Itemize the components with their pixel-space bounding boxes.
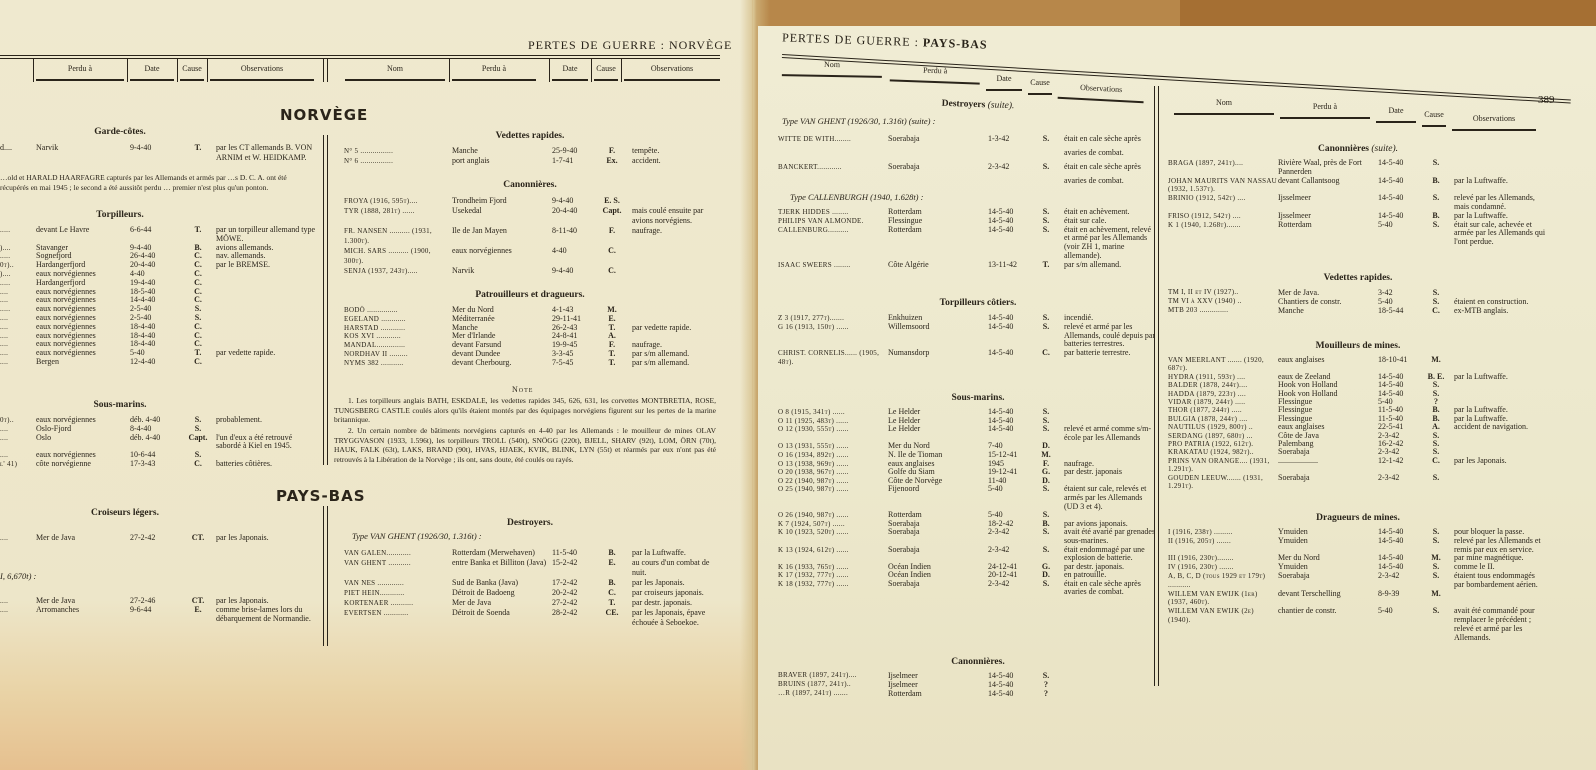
cell-name: FRISO (1912, 542t) ....	[1168, 212, 1278, 221]
col-header-date: Date	[1376, 106, 1416, 123]
cell-obs: accident de navigation.	[1448, 423, 1546, 431]
cell-obs: probablement.	[210, 416, 316, 425]
cell-obs: par batterie terrestre.	[1058, 349, 1156, 367]
table-row: BRAGA (1897, 241t)....Rivière Waal, près…	[1168, 159, 1546, 177]
cell-name: CHRIST. CORNELIS...... (1905, 48t).	[778, 349, 888, 367]
cell-obs: relevé et armé par les Allemands, coulé …	[1058, 323, 1156, 349]
cell-obs: au cours d'un combat de nuit.	[626, 558, 724, 578]
cell-place: port anglais	[452, 156, 552, 166]
cell-obs	[626, 306, 724, 315]
cell-place: entre Banka et Billiton (Java)	[452, 558, 552, 578]
cell-name: O 26 (1940, 987t) ......	[778, 511, 888, 520]
table-row: VAN GHENT ...........entre Banka et Bill…	[344, 558, 724, 578]
cell-obs: par destr. japonais.	[626, 598, 724, 608]
cell-name: TM I, II et IV (1927)..	[1168, 288, 1278, 297]
cell-date: 14-5-40	[988, 689, 1034, 698]
cell-cause: Ex.	[598, 156, 626, 166]
cell-cause: C.	[598, 588, 626, 598]
cell-obs: par vedette rapide.	[210, 349, 316, 358]
cell-name: II (1916, 205t) .......	[1168, 537, 1278, 555]
table-row: FROYA (1916, 595t)....Trondheim Fjord9-4…	[344, 196, 724, 206]
cell-name: .....	[0, 252, 36, 261]
cell-cause: S.	[1424, 537, 1448, 555]
cell-date: 20-2-42	[552, 588, 598, 598]
cell-obs	[626, 246, 724, 266]
cell-name: NYMS 382 ...........	[344, 359, 452, 368]
table-row: GOUDEN LEEUW....... (1931, 1.291t).Soera…	[1168, 474, 1546, 491]
table-destroyers-suite: WITTE DE WITH........Soerabaja1-3-42S.ét…	[778, 132, 1156, 188]
cell-obs	[210, 279, 316, 288]
col-header-date: Date	[552, 64, 588, 81]
cell-name: NAUTILUS (1929, 800t) ..	[1168, 423, 1278, 431]
col-header-observations: Observations	[1058, 82, 1145, 103]
cell-name: VAN NES .............	[344, 578, 452, 588]
cell-cause: B.	[1424, 177, 1448, 195]
cell-name: TYR (1888, 281t) ......	[344, 206, 452, 226]
cell-cause: S.	[1034, 425, 1058, 442]
cell-cause: S.	[1034, 323, 1058, 349]
cell-date: 6-6-44	[130, 226, 186, 244]
cell-obs: était en achèvement, relevé et armé par …	[1058, 226, 1156, 261]
cell-name: WILLEM VAN EWIJK (1er) (1937, 460t).	[1168, 590, 1278, 608]
table-row: KOS XVI ............Mer d'Irlande24-8-41…	[344, 332, 724, 341]
cell-obs: relevé par les Allemands, mais condamné.	[1448, 194, 1546, 212]
table-row: SENJA (1937, 243t).....Narvik9-4-40C.	[344, 266, 724, 276]
table-croiseurs-2: ....Mer de Java27-2-46CT.par les Japonai…	[0, 597, 316, 623]
table-row: BRAVER (1897, 241t)....Ijselmeer14-5-40S…	[778, 671, 1156, 680]
cell-cause: CE.	[598, 608, 626, 628]
cell-name: BRINIO (1912, 542t) ....	[1168, 194, 1278, 212]
cell-place: chantier de constr.	[1278, 607, 1378, 642]
cell-place: ....................	[1278, 457, 1378, 474]
table-row: O 25 (1940, 987t) ......Fijenoord5-40S.é…	[778, 485, 1156, 511]
type-line: Type VAN GHENT (1926/30, 1.316t) (suite)…	[782, 116, 935, 126]
section-title: Vedettes rapides.	[1278, 273, 1438, 283]
cell-place: eaux norvégiennes	[452, 246, 552, 266]
table-row: l' 41)côte norvégienne17-3-43C.batteries…	[0, 460, 316, 469]
cell-date: 7-5-45	[552, 359, 598, 368]
cell-date: 11-5-40	[552, 548, 598, 558]
cell-name: ....	[0, 451, 36, 460]
table-row: HYDRA (1911, 593t) ....eaux de Zeeland14…	[1168, 373, 1546, 381]
col-header-nom: Nom	[782, 59, 882, 78]
cell-name: IV (1916, 230t) .......	[1168, 563, 1278, 572]
cell-name: ....	[0, 288, 36, 297]
cell-cause: S.	[1034, 226, 1058, 261]
table-vedettes: TM I, II et IV (1927)..Mer de Java.3-42S…	[1168, 288, 1546, 315]
table-row: MICH. SARS .......... (1900, 300t).eaux …	[344, 246, 724, 266]
cell-place: Rotterdam	[1278, 221, 1378, 247]
cell-place: Narvik	[452, 266, 552, 276]
cell-cause: B.	[598, 578, 626, 588]
cell-obs: par s/m allemand.	[626, 359, 724, 368]
cell-name: BODÖ ...............	[344, 306, 452, 315]
cell-name: BRUINS (1877, 241t)..	[778, 680, 888, 689]
cell-name: ....	[0, 340, 36, 349]
cell-obs: accident.	[626, 156, 724, 166]
cell-cause: S.	[1034, 132, 1058, 160]
cell-obs: par la Luftwaffe.	[1448, 373, 1546, 381]
table-row: WILLEM VAN EWIJK (1er) (1937, 460t).deva…	[1168, 590, 1546, 608]
cell-name: O 13 (1938, 969t) ......	[778, 460, 888, 469]
cell-obs: était en cale sèche après avaries de com…	[1058, 580, 1156, 597]
cell-name: VAN GALEN............	[344, 548, 452, 558]
table-row: TM I, II et IV (1927)..Mer de Java.3-42S…	[1168, 288, 1546, 297]
cell-cause: T.	[186, 226, 210, 244]
section-title: Mouilleurs de mines.	[1278, 341, 1438, 351]
table-canonnieres-suite: BRAGA (1897, 241t)....Rivière Waal, près…	[1168, 159, 1546, 247]
table-row: O 20 (1938, 967t) ......Golfe du Siam19-…	[778, 468, 1156, 477]
cell-name: ....	[0, 323, 36, 332]
cell-obs	[626, 196, 724, 206]
cell-date: 14-5-40	[1378, 537, 1424, 555]
cell-place: Détroit de Badoeng	[452, 588, 552, 598]
cell-name: Z 3 (1917, 277t).......	[778, 314, 888, 323]
right-page: PERTES DE GUERRE : PAYS-BAS 389 Nom Perd…	[758, 26, 1596, 770]
cell-obs: par destr. japonais	[1058, 468, 1156, 477]
cell-obs	[1448, 440, 1546, 448]
cell-date: 17-2-42	[552, 578, 598, 588]
cell-obs	[210, 323, 316, 332]
cell-cause: T.	[598, 359, 626, 368]
cell-place: Rotterdam	[888, 226, 988, 261]
cell-name: PHILIPS VAN ALMONDE.	[778, 217, 888, 226]
cell-name: HYDRA (1911, 593t) ....	[1168, 373, 1278, 381]
cell-name: ....	[0, 434, 36, 452]
col-header-perdu: Perdu à	[890, 64, 981, 84]
table-croiseurs: ....Mer de Java27-2-42CT.par les Japonai…	[0, 533, 316, 543]
cell-date: 2-3-42	[1378, 474, 1424, 491]
cell-date: 14-5-40	[988, 671, 1034, 680]
cell-obs: comme brise-lames lors du débarquement d…	[210, 606, 316, 624]
section-title: Canonnières.	[908, 657, 1048, 667]
cell-cause: ?	[1034, 689, 1058, 698]
table-row: BODÖ ...............Mer du Nord4-1-43M.	[344, 306, 724, 315]
table-row: K 1 (1940, 1.268t).......Rotterdam5-40S.…	[1168, 221, 1546, 247]
cell-name: ....	[0, 425, 36, 434]
cell-cause: S.	[1424, 194, 1448, 212]
table-row: ....Oslodéb. 4-40Capt.l'un d'eux a été r…	[0, 434, 316, 452]
cell-name: NORDHAV II .........	[344, 350, 452, 359]
cell-obs: avait été avarié par grenades sous-marin…	[1058, 528, 1156, 545]
cell-name: BANCKERT............	[778, 160, 888, 188]
cell-place: Trondheim Fjord	[452, 196, 552, 206]
cell-date: 17-3-43	[130, 460, 186, 469]
cell-name: O 13 (1931, 555t) ......	[778, 442, 888, 451]
table-row: ISAAC SWEERS ........Côte Algérie13-11-4…	[778, 261, 1156, 270]
cell-name: A, B, C, D (tous 1929 et 179t) .........…	[1168, 572, 1278, 590]
cell-cause: E.	[186, 606, 210, 624]
table-row: VAN NES .............Sud de Banka (Java)…	[344, 578, 724, 588]
note-paragraph-1: 1. Les torpilleurs anglais BATH, ESKDALE…	[334, 396, 716, 425]
cell-place: Soerabaja	[1278, 474, 1378, 491]
table-row: K 13 (1924, 612t) ......Soerabaja2-3-42S…	[778, 546, 1156, 563]
cell-obs: par un torpilleur allemand type MÖWE.	[210, 226, 316, 244]
table-row: KORTENAER ...........Mer de Java27-2-42T…	[344, 598, 724, 608]
cell-cause: E.	[598, 558, 626, 578]
cell-name: K 17 (1932, 777t) ......	[778, 571, 888, 580]
table-row: MTB 203 ..............Manche18-5-44C.ex-…	[1168, 306, 1546, 315]
cell-obs	[1448, 381, 1546, 389]
cell-name: HADDA (1879, 223t) ....	[1168, 390, 1278, 398]
cell-cause: S.	[1034, 528, 1058, 545]
cell-name: ....	[0, 358, 36, 367]
cell-name: HARSTAD ............	[344, 324, 452, 333]
cell-name: MTB 203 ..............	[1168, 306, 1278, 315]
cell-place: Rivière Waal, près de Fort Pannerden	[1278, 159, 1378, 177]
cell-obs: était sur cale, achevée et armée par les…	[1448, 221, 1546, 247]
table-row: ....Bergen12-4-40C.	[0, 358, 316, 367]
cell-place: Ijsselmeer	[1278, 194, 1378, 212]
table-row: TM VI à XXV (1940) ..Chantiers de constr…	[1168, 297, 1546, 306]
table-row: ....Mer de Java27-2-42CT.par les Japonai…	[0, 533, 316, 543]
col-header-cause: Cause	[594, 64, 618, 81]
table-row: K 10 (1923, 520t) ......Soerabaja2-3-42S…	[778, 528, 1156, 545]
cell-obs: tempête.	[626, 146, 724, 156]
cell-name: BALDER (1878, 244t)....	[1168, 381, 1278, 389]
cell-obs	[1058, 680, 1156, 689]
cell-place: Ijselmeer	[888, 671, 988, 680]
column-rule	[449, 58, 450, 82]
column-rule	[549, 58, 550, 82]
table-row: EVERTSEN ............Détroit de Soenda28…	[344, 608, 724, 628]
cell-obs	[1448, 356, 1546, 373]
cell-obs	[1058, 408, 1156, 417]
cell-cause: F.	[598, 226, 626, 246]
cell-cause: S.	[1424, 572, 1448, 590]
column-double-rule	[323, 135, 328, 465]
cell-date: 9-4-40	[552, 266, 598, 276]
col-header-nom: Nom	[345, 64, 445, 81]
col-header-nom: Nom	[1174, 98, 1274, 115]
table-row: WITTE DE WITH........Soerabaja1-3-42S.ét…	[778, 132, 1156, 160]
note-title: Note	[512, 385, 533, 394]
table-row: K 18 (1932, 777t) ......Soerabaja2-3-42S…	[778, 580, 1156, 597]
cell-cause: B.	[598, 548, 626, 558]
cell-name: ....	[0, 606, 36, 624]
table-row: BANCKERT............Soerabaja2-3-42S.éta…	[778, 160, 1156, 188]
col-header-observations: Observations	[210, 64, 314, 81]
cell-obs: par s/m allemand.	[1058, 261, 1156, 270]
cell-date: 5-40	[1378, 607, 1424, 642]
section-title: Canonnières.	[450, 180, 610, 190]
section-title: Vedettes rapides.	[450, 131, 610, 141]
section-title: Canonnières (suite).	[1278, 144, 1438, 154]
cell-date: 25-9-40	[552, 146, 598, 156]
cell-obs	[1448, 288, 1546, 297]
cell-cause: S.	[1034, 546, 1058, 563]
cell-name: ....	[0, 349, 36, 358]
cell-cause: Capt.	[598, 206, 626, 226]
cell-cause: C.	[186, 460, 210, 469]
cell-place: Soerabaja	[1278, 572, 1378, 590]
cell-date: 1-7-41	[552, 156, 598, 166]
cell-place: Chantiers de constr.	[1278, 297, 1378, 306]
cell-cause: CT.	[186, 533, 210, 543]
cell-name: …R (1897, 241t) .......	[778, 689, 888, 698]
cell-place: Rotterdam	[888, 689, 988, 698]
cell-obs: était en cale sèche après avaries de com…	[1058, 132, 1156, 160]
cell-name: VAN GHENT ...........	[344, 558, 452, 578]
cell-obs	[210, 358, 316, 367]
table-row: N° 6 ................port anglais1-7-41E…	[344, 156, 724, 166]
cell-place: Soerabaja	[888, 132, 988, 160]
cell-cause: S.	[1034, 580, 1058, 597]
cell-date: 5-40	[1378, 221, 1424, 247]
cell-place: Ijselmeer	[888, 680, 988, 689]
cell-name: EGELAND ............	[344, 315, 452, 324]
cell-cause: C.	[186, 358, 210, 367]
cell-place: Bergen	[36, 358, 130, 367]
col-header-observations: Observations	[1452, 114, 1536, 131]
cell-name: BRAGA (1897, 241t)....	[1168, 159, 1278, 177]
cell-place: devant Terschelling	[1278, 590, 1378, 608]
cell-cause: F.	[598, 146, 626, 156]
col-header-cause: Cause	[1422, 110, 1446, 127]
cell-place: Rotterdam (Merwehaven)	[452, 548, 552, 558]
table-row: BALDER (1878, 244t)....Hook von Holland1…	[1168, 381, 1546, 389]
cell-date: 27-2-42	[552, 598, 598, 608]
cell-place: Ymuiden	[1278, 537, 1378, 555]
cell-name: K 10 (1923, 520t) ......	[778, 528, 888, 545]
cell-place: Détroit de Soenda	[452, 608, 552, 628]
cell-name: FR. NANSEN .......... (1931, 1.300t).	[344, 226, 452, 246]
column-double-rule	[323, 58, 328, 82]
cell-obs: par les Japonais, épave échouée à Seboek…	[626, 608, 724, 628]
cell-name: )....	[0, 244, 36, 253]
table-row: FR. NANSEN .......... (1931, 1.300t).Ile…	[344, 226, 724, 246]
col-header-perdu: Perdu à	[1280, 102, 1370, 119]
cell-name: N° 6 ................	[344, 156, 452, 166]
cell-date: 18-5-44	[1378, 306, 1424, 315]
cell-obs: par la Luftwaffe.	[626, 548, 724, 558]
cell-date: 4-40	[552, 246, 598, 266]
cell-date: 8-9-39	[1378, 590, 1424, 608]
cell-name: .....	[0, 305, 36, 314]
cell-name: O 8 (1915, 341t) ......	[778, 408, 888, 417]
table-vedettes: N° 5 ................Manche25-9-40F.temp…	[344, 146, 724, 166]
country-heading-netherlands: PAYS-BAS	[276, 487, 366, 505]
table-sous-marins: 0t)..eaux norvégiennesdéb. 4-40S.probabl…	[0, 416, 316, 469]
table-row: G 16 (1913, 150t) ......Willemsoord14-5-…	[778, 323, 1156, 349]
cell-place: Sud de Banka (Java)	[452, 578, 552, 588]
col-header-perdu: Perdu à	[452, 64, 536, 81]
cell-name: K 16 (1933, 765t) ......	[778, 563, 888, 572]
col-header-cause: Cause	[180, 64, 204, 81]
cell-place: Manche	[452, 146, 552, 156]
table-row: II (1916, 205t) .......Ymuiden14-5-40S.r…	[1168, 537, 1546, 555]
cell-obs	[210, 288, 316, 297]
cell-date: 5-40	[988, 485, 1034, 511]
cell-obs	[1448, 474, 1546, 491]
cell-name: O 25 (1940, 987t) ......	[778, 485, 888, 511]
cell-name: SENJA (1937, 243t).....	[344, 266, 452, 276]
cell-name: MANDAL..............	[344, 341, 452, 350]
cell-name: ISAAC SWEERS ........	[778, 261, 888, 270]
type-line: Type VAN GHENT (1926/30, 1.316t) :	[352, 531, 482, 541]
cell-date: 2-3-42	[988, 546, 1034, 563]
table-row: VAN MEERLANT ....... (1920, 687t).eaux a…	[1168, 356, 1546, 373]
cell-name: I (1916, 238t) .........	[1168, 528, 1278, 537]
cell-date: 27-2-42	[130, 533, 186, 543]
cell-cause: C.	[598, 266, 626, 276]
table-row: PRO PATRIA (1922, 612t).Palembang16-2-42…	[1168, 440, 1546, 448]
cell-cause: S.	[1424, 221, 1448, 247]
cell-obs	[1058, 671, 1156, 680]
cell-obs: par la Luftwaffe.	[1448, 177, 1546, 195]
cell-name: SERDANG (1897, 680t) ...	[1168, 432, 1278, 440]
cell-place: devant Cherbourg.	[452, 359, 552, 368]
cell-name: PIET HEIN............	[344, 588, 452, 598]
cell-obs	[1448, 390, 1546, 398]
cell-name: KORTENAER ...........	[344, 598, 452, 608]
running-head: PERTES DE GUERRE : PAYS-BAS	[782, 30, 988, 52]
cell-obs: par les Japonais.	[210, 533, 316, 543]
table-row: CALLENBURG..........Rotterdam14-5-40S.ét…	[778, 226, 1156, 261]
cell-name: .....	[0, 226, 36, 244]
cell-obs	[210, 314, 316, 323]
cell-date: 9-6-44	[130, 606, 186, 624]
running-head: PERTES DE GUERRE : NORVÈGE	[528, 38, 732, 53]
cell-date: 14-5-40	[988, 680, 1034, 689]
table-destroyers: VAN GALEN............Rotterdam (Merwehav…	[344, 548, 724, 628]
cell-place: Arromanches	[36, 606, 130, 624]
cell-date: 12-4-40	[130, 358, 186, 367]
cell-place: eaux anglaises	[1278, 356, 1378, 373]
col-header-cause: Cause	[1028, 78, 1052, 95]
cell-obs: avait été commandé pour remplacer le pré…	[1448, 607, 1546, 642]
cell-place: devant Callantsoog	[1278, 177, 1378, 195]
cell-date: 14-5-40	[1378, 159, 1424, 177]
cell-place: Mer de Java.	[1278, 288, 1378, 297]
cell-name: ....	[0, 597, 36, 606]
cell-cause: E. S.	[598, 196, 626, 206]
cell-date: 5-40	[1378, 297, 1424, 306]
column-rule	[177, 58, 178, 82]
cell-date: 2-3-42	[988, 580, 1034, 597]
table-row: SERDANG (1897, 680t) ...Côte de Java2-3-…	[1168, 432, 1546, 440]
table-row: TYR (1888, 281t) ......Usekedal20-4-40Ca…	[344, 206, 724, 226]
col-header-perdu: Perdu à	[36, 64, 124, 81]
cell-name: ....	[0, 332, 36, 341]
cell-obs: relevé et armé comme s/m-école par les A…	[1058, 425, 1156, 442]
cell-date: 14-5-40	[988, 226, 1034, 261]
note-paragraph-2: 2. Un certain nombre de bâtiments norvég…	[334, 426, 716, 464]
cell-date: 14-5-40	[1378, 177, 1424, 195]
cell-place: Soerabaja	[888, 160, 988, 188]
cell-obs: par croiseurs japonais.	[626, 588, 724, 598]
section-title: Garde-côtes.	[60, 127, 180, 137]
table-row: O 13 (1931, 555t) ......Mer du Nord7-40D…	[778, 442, 1156, 451]
table-torpilleurs-cotiers: Z 3 (1917, 277t).......Enkhuizen14-5-40S…	[778, 314, 1156, 367]
cell-obs: naufrage.	[626, 226, 724, 246]
column-rule	[207, 58, 208, 82]
cell-obs	[210, 296, 316, 305]
column-rule	[621, 58, 622, 82]
cell-date: 14-5-40	[1378, 194, 1424, 212]
col-header-date: Date	[130, 64, 174, 81]
table-row: JOHAN MAURITS VAN NASSAU (1932, 1.537t).…	[1168, 177, 1546, 195]
cell-name: .....	[0, 279, 36, 288]
cell-obs	[1448, 590, 1546, 608]
cell-name: l' 41)	[0, 460, 36, 469]
section-title: Torpilleurs côtiers.	[898, 298, 1058, 308]
cell-date: 3-42	[1378, 288, 1424, 297]
cell-cause: C.	[1424, 457, 1448, 474]
table-row: PIET HEIN............Détroit de Badoeng2…	[344, 588, 724, 598]
cell-cause: S.	[1424, 297, 1448, 306]
cell-date: déb. 4-40	[130, 434, 186, 452]
